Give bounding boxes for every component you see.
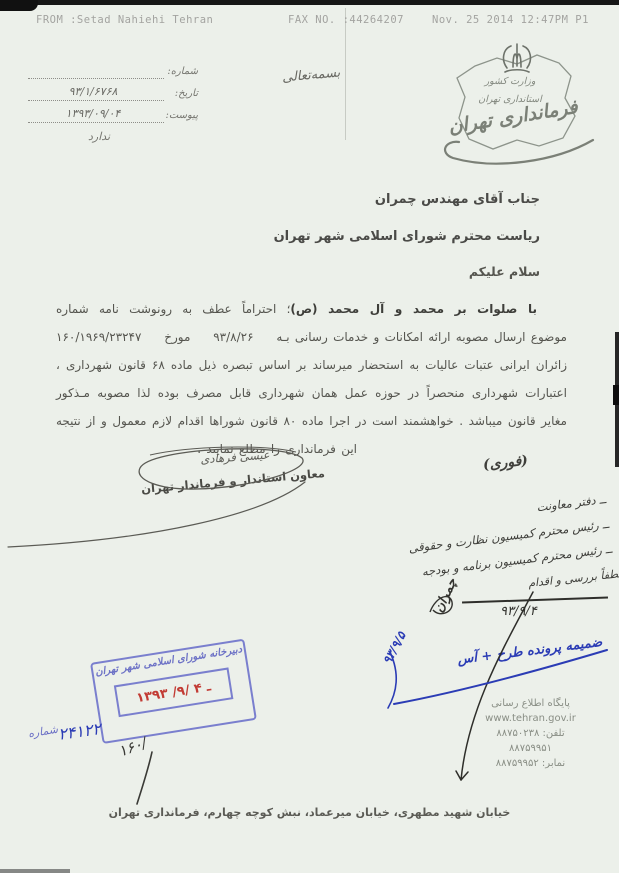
fax-number: FAX NO. :44264207: [288, 14, 404, 26]
contact-fax: نمابر: ۸۸۷۵۹۹۵۲: [458, 756, 603, 771]
dated-word: مورخ: [164, 323, 190, 351]
calligraphy-swash-icon: [435, 40, 603, 190]
scan-blob-right: [613, 385, 619, 405]
contact-phone2: ۸۸۷۵۹۹۵۱: [458, 741, 603, 756]
urgent-note: (فوری): [482, 453, 528, 474]
field-date: تاریخ: ۹۳/۱/۶۷۶۸: [28, 84, 198, 106]
salawat-phrase: با صلوات بر محمد و آل محمد (ص): [290, 302, 537, 316]
dotted-line: [28, 100, 164, 101]
stamp-date-box: ۱۳۹۳ /۹/ ـ ۴: [114, 667, 234, 717]
signature-underline: [462, 596, 608, 603]
stamp-number-handwritten: ۲۴۱۲۲: [57, 719, 102, 744]
body-line-2-rest: موضوع ارسال مصوبه ارائه امکانات و خدمات …: [276, 323, 567, 351]
scan-edge-bottom: [0, 869, 70, 873]
attachment-none-note: ندارد: [88, 130, 110, 143]
signatory-title: معاون استاندار و فرماندار تهران: [128, 465, 338, 497]
fax-sender: FROM :Setad Nahiehi Tehran: [36, 14, 213, 26]
fold-crease: [345, 8, 346, 140]
pen-arrowhead-icon: [456, 771, 468, 780]
reference-date: ۹۳/۸/۲۶: [213, 323, 253, 351]
fax-datetime: Nov. 25 2014 12:47PM P1: [432, 14, 589, 26]
stamp-date: ۱۳۹۳ /۹/ ـ ۴: [135, 679, 212, 706]
body-line-1: با صلوات بر محمد و آل محمد (ص)؛ احتراماً…: [56, 295, 567, 323]
dotted-line: [28, 122, 164, 123]
scan-blob-topleft: [0, 0, 38, 11]
field-attachment-value: ۱۳۹۳/۰۹/۰۴: [28, 107, 158, 120]
contact-block: پایگاه اطلاع رسانی www.tehran.gov.ir تلف…: [458, 696, 603, 771]
contact-website: www.tehran.gov.ir: [458, 711, 603, 726]
contact-portal: پایگاه اطلاع رسانی: [458, 696, 603, 711]
contact-phone: تلفن: ۸۸۷۵۰۲۳۸: [458, 726, 603, 741]
bismillah: بسمه‌تعالی: [281, 65, 340, 85]
footer-address: خیابان شهید مطهری، خیابان میرعماد، نبش ک…: [40, 806, 579, 819]
dotted-line: [28, 78, 164, 79]
body-line-4: اعتبارات شهرداری منحصراً در حوزه عمل هما…: [56, 379, 567, 407]
stamp-number-label: شماره: [27, 723, 59, 741]
note-date: ۹۳/۹/۴: [500, 604, 537, 619]
field-number-label: شماره:: [167, 66, 198, 77]
field-date-value: ۹۳/۱/۶۷۶۸: [28, 85, 158, 98]
recipient-name: جناب آقای مهندس چمران: [160, 192, 540, 207]
field-number: شماره:: [28, 62, 198, 84]
reference-number: ۱۶۰/۱۹۶۹/۲۳۲۴۷: [56, 323, 141, 351]
stamp-slash-icon: [137, 752, 152, 804]
scan-edge-top: [0, 0, 619, 5]
field-attachment-label: پیوست:: [165, 110, 198, 121]
council-secretariat-stamp: دبیرخانه شورای اسلامی شهر تهران ۱۳۹۳ /۹/…: [90, 639, 257, 744]
body-line-1-rest: ؛ احتراماً عطف به رونوشت نامه شماره: [56, 302, 290, 316]
body-line-2: ۱۶۰/۱۹۶۹/۲۳۲۴۷ مورخ ۹۳/۸/۲۶ موضوع ارسال …: [56, 323, 567, 351]
scanned-fax-letter: FROM :Setad Nahiehi Tehran FAX NO. :4426…: [0, 0, 619, 873]
field-attachment: پیوست: ۱۳۹۳/۰۹/۰۴: [28, 106, 198, 128]
letter-body: با صلوات بر محمد و آل محمد (ص)؛ احتراماً…: [56, 295, 567, 463]
body-line-3: زائران ایرانی عتبات عالیات به استحضار می…: [56, 351, 567, 379]
reference-fields: شماره: تاریخ: ۹۳/۱/۶۷۶۸ پیوست: ۱۳۹۳/۰۹/۰…: [28, 62, 198, 128]
salutation: سلام علیکم: [160, 264, 540, 279]
field-date-label: تاریخ:: [175, 88, 198, 99]
blue-margin-note: ضمیمه پرونده طرح + آس: [388, 635, 603, 676]
body-line-5: مغایر قانون میباشد . خواهشمند است در اجر…: [56, 407, 567, 435]
governorate-emblem: وزارت کشور استانداری تهران فرمانداری تهر…: [435, 40, 603, 190]
recipient-block: جناب آقای مهندس چمران ریاست محترم شورای …: [160, 192, 540, 279]
recipient-title: ریاست محترم شورای اسلامی شهر تهران: [160, 229, 540, 244]
